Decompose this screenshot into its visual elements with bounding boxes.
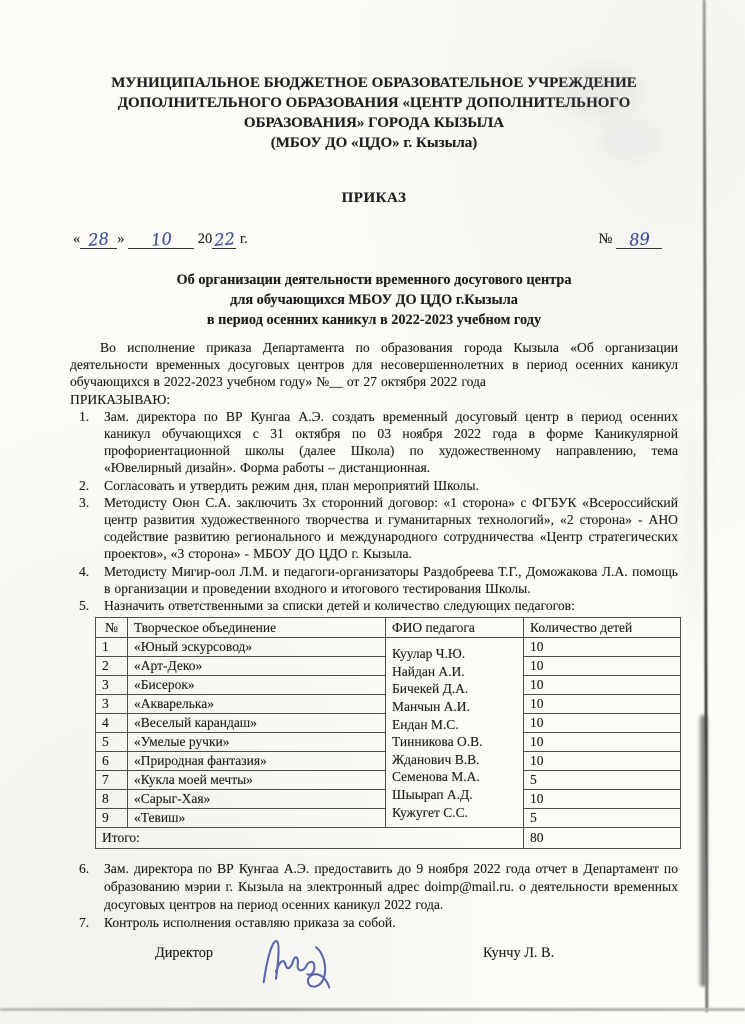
item-number: 6. xyxy=(70,860,104,913)
teacher-name: Семенова М.А. xyxy=(392,768,517,786)
cell-group: «Бисерок» xyxy=(128,676,386,695)
signature-block: Директор Кунчу Л. В. xyxy=(70,943,678,999)
cell-group: «Кукла моей мечты» xyxy=(128,771,386,790)
item-text: Методисту Мигир-оол Л.М. и педагоги-орга… xyxy=(104,563,678,597)
document-type-title: ПРИКАЗ xyxy=(70,188,678,208)
cell-group: «Умелые ручки» xyxy=(128,733,386,752)
subject-line: для обучающихся МБОУ ДО ЦДО г.Кызыла xyxy=(70,290,678,310)
total-value: 80 xyxy=(524,828,681,849)
cell-count: 10 xyxy=(524,676,681,695)
cell-count: 10 xyxy=(524,714,681,733)
scanned-order-page: МУНИЦИПАЛЬНОЕ БЮДЖЕТНОЕ ОБРАЗОВАТЕЛЬНОЕ … xyxy=(0,0,745,1024)
date-month-handwritten: 10 xyxy=(150,229,173,251)
cell-group: «Природная фантазия» xyxy=(128,752,386,771)
teacher-name: Ендан М.С. xyxy=(392,716,517,734)
order-subject: Об организации деятельности временного д… xyxy=(70,270,678,330)
order-item-3: 3. Методисту Оюн С.А. заключить 3х сторо… xyxy=(70,494,678,563)
date-year-printed: 20 xyxy=(198,231,213,247)
cell-group: «Веселый карандаш» xyxy=(128,714,386,733)
table-total-row: Итого: 80 xyxy=(96,828,681,849)
cell-num: 1 xyxy=(96,638,128,657)
cell-group: «Сарыг-Хая» xyxy=(128,790,386,809)
date-year-handwritten: 22 xyxy=(213,229,236,251)
date-month-blank: 10 xyxy=(128,229,194,249)
signature-role: Директор xyxy=(155,943,213,963)
cell-count: 10 xyxy=(524,657,681,676)
order-item-2: 2. Согласовать и утвердить режим дня, пл… xyxy=(70,477,678,494)
date-year-suffix: г. xyxy=(240,231,248,247)
col-header-group: Творческое объединение xyxy=(128,618,386,638)
col-header-count: Количество детей xyxy=(524,618,681,638)
teacher-name: Тинникова О.В. xyxy=(392,733,517,751)
cell-num: 8 xyxy=(96,790,128,809)
item-text: Назначить ответственными за списки детей… xyxy=(104,597,678,614)
signature-name: Кунчу Л. В. xyxy=(483,943,554,963)
order-item-4: 4. Методисту Мигир-оол Л.М. и педагоги-о… xyxy=(70,563,678,597)
teacher-name: Кужугет С.С. xyxy=(392,804,517,822)
resolve-keyword: ПРИКАЗЫВАЮ: xyxy=(70,391,678,408)
order-number-blank: 89 xyxy=(616,229,662,249)
order-number-line: № 89 xyxy=(599,229,678,249)
teacher-name: Бичекей Д.А. xyxy=(392,680,517,698)
cell-group: «Юный эскурсовод» xyxy=(128,638,386,657)
org-abbreviation: (МБОУ ДО «ЦДО» г. Кызыла) xyxy=(70,133,678,153)
date-day-handwritten: 28 xyxy=(88,229,111,251)
cell-num: 4 xyxy=(96,714,128,733)
subject-line: Об организации деятельности временного д… xyxy=(70,270,678,290)
cell-num: 2 xyxy=(96,657,128,676)
cell-count: 5 xyxy=(524,771,681,790)
order-item-7: 7. Контроль исполнения оставляю приказа … xyxy=(70,914,678,932)
cell-count: 10 xyxy=(524,695,681,714)
item-number: 1. xyxy=(70,408,104,477)
teacher-name: Найдан А.И. xyxy=(392,663,517,681)
item-number: 7. xyxy=(70,914,104,932)
item-text: Зам. директора по ВР Кунгаа А.Э. создать… xyxy=(104,408,678,477)
order-items-list-continued: 6. Зам. директора по ВР Кунгаа А.Э. пред… xyxy=(70,860,678,931)
order-items-list: 1. Зам. директора по ВР Кунгаа А.Э. созд… xyxy=(70,408,678,614)
col-header-num: № xyxy=(96,618,128,638)
date-and-number-row: «28» 10 2022 г. № 89 xyxy=(70,229,678,249)
total-label: Итого: xyxy=(96,828,524,849)
scan-noise-blob xyxy=(556,66,642,118)
cell-num: 5 xyxy=(96,733,128,752)
item-number: 3. xyxy=(70,494,104,563)
cell-count: 10 xyxy=(524,790,681,809)
table-header-row: № Творческое объединение ФИО педагога Ко… xyxy=(96,618,681,638)
teacher-name: Шыырап А.Д. xyxy=(392,786,517,804)
teacher-name: Жданович В.В. xyxy=(392,751,517,769)
order-number-handwritten: 89 xyxy=(628,229,651,251)
col-header-teacher: ФИО педагога xyxy=(386,618,524,638)
item-number: 5. xyxy=(70,597,104,614)
item-text: Согласовать и утвердить режим дня, план … xyxy=(104,477,678,494)
cell-num: 7 xyxy=(96,771,128,790)
teacher-name: Манчын А.И. xyxy=(392,698,517,716)
intro-paragraph: Во исполнение приказа Департамента по об… xyxy=(70,339,678,391)
item-text: Зам. директора по ВР Кунгаа А.Э. предост… xyxy=(104,860,678,913)
cell-group: «Акварелька» xyxy=(128,695,386,714)
date-day-blank: 28 xyxy=(80,229,117,249)
director-signature-handwriting xyxy=(255,927,351,999)
scan-noise-blob xyxy=(686,420,700,630)
teacher-name-list: Куулар Ч.Ю. Найдан А.И. Бичекей Д.А. Ман… xyxy=(392,638,517,821)
cell-count: 10 xyxy=(524,638,681,657)
cell-num: 9 xyxy=(96,809,128,828)
scan-noise-blob xyxy=(598,120,662,162)
item-number: 2. xyxy=(70,477,104,494)
teacher-name: Куулар Ч.Ю. xyxy=(392,645,517,663)
item-text: Методисту Оюн С.А. заключить 3х сторонни… xyxy=(104,494,678,563)
cell-group: «Арт-Деко» xyxy=(128,657,386,676)
cell-count: 10 xyxy=(524,733,681,752)
date-close-quote: » xyxy=(117,231,124,247)
document-content: МУНИЦИПАЛЬНОЕ БЮДЖЕТНОЕ ОБРАЗОВАТЕЛЬНОЕ … xyxy=(70,0,678,999)
date-open-quote: « xyxy=(73,231,80,247)
order-item-6: 6. Зам. директора по ВР Кунгаа А.Э. пред… xyxy=(70,860,678,913)
cell-group: «Тевиш» xyxy=(128,809,386,828)
date-line: «28» 10 2022 г. xyxy=(70,229,248,249)
table-row: 1 «Юный эскурсовод» Куулар Ч.Ю. Найдан А… xyxy=(96,638,681,657)
cell-count: 5 xyxy=(524,809,681,828)
order-number-label: № xyxy=(599,231,613,247)
cell-teachers: Куулар Ч.Ю. Найдан А.И. Бичекей Д.А. Ман… xyxy=(386,638,524,828)
roster-table: № Творческое объединение ФИО педагога Ко… xyxy=(95,617,681,849)
subject-line: в период осенних каникул в 2022-2023 уче… xyxy=(70,310,678,330)
item-text: Контроль исполнения оставляю приказа за … xyxy=(104,914,678,932)
cell-num: 3 xyxy=(96,695,128,714)
item-number: 4. xyxy=(70,563,104,597)
scan-edge-line-bottom xyxy=(0,1008,745,1011)
cell-num: 6 xyxy=(96,752,128,771)
date-year-blank: 22 xyxy=(212,229,236,249)
order-item-5: 5. Назначить ответственными за списки де… xyxy=(70,597,678,614)
cell-count: 10 xyxy=(524,752,681,771)
order-item-1: 1. Зам. директора по ВР Кунгаа А.Э. созд… xyxy=(70,408,678,477)
intro-section: Во исполнение приказа Департамента по об… xyxy=(70,339,678,408)
cell-num: 3 xyxy=(96,676,128,695)
